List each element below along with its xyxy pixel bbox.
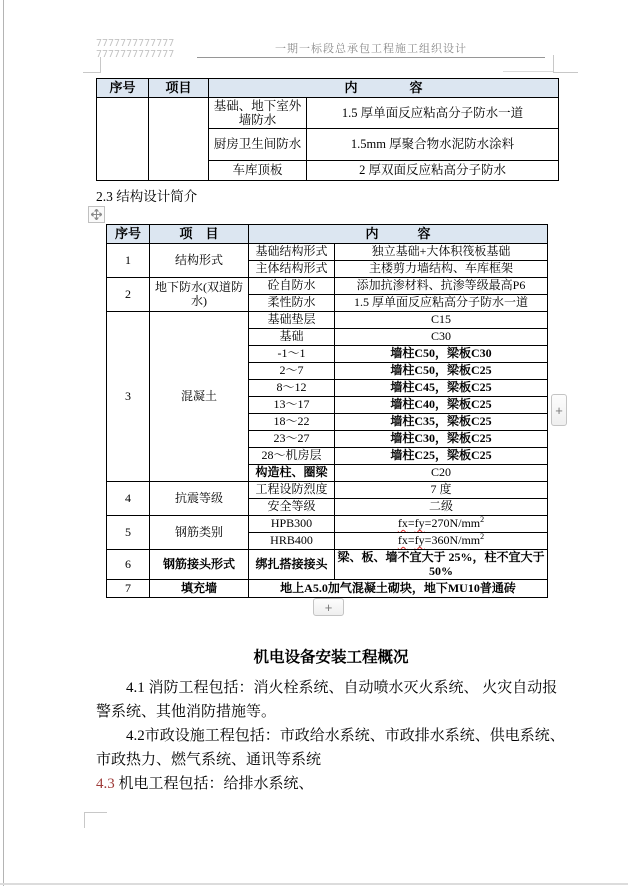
table-cell: 墙柱C30，梁板C25 — [335, 431, 548, 448]
table-move-handle[interactable] — [88, 206, 105, 223]
table-cell: 墙柱C45，梁板C25 — [335, 380, 548, 397]
table-cell: 1.5mm 厚聚合物水泥防水涂料 — [307, 129, 559, 161]
column-header-content: 内 容 — [209, 79, 559, 98]
page-bottom-edge — [0, 883, 628, 885]
page-left-edge — [3, 0, 4, 886]
table-cell: -1～1 — [249, 346, 335, 363]
misspelled-term: fx — [398, 533, 408, 547]
table-cell-category: 结构形式 — [150, 244, 249, 278]
column-header-seq: 序号 — [107, 225, 150, 244]
formula-text: =270N/mm — [425, 516, 480, 530]
table-cell: 主楼剪力墙结构、车库框架 — [335, 261, 548, 278]
misspelled-term: fx — [398, 516, 408, 530]
section-heading-2-3: 2.3 结构设计简介 — [96, 185, 197, 205]
body-paragraphs: 4.1 消防工程包括：消火栓系统、自动喷水灭火系统、 火灾自动报警系统、其他消防… — [96, 676, 566, 796]
table-cell: 基础、地下室外墙防水 — [209, 98, 307, 129]
table-cell-formula: fx=fy=360N/mm2 — [335, 533, 548, 550]
plus-icon: + — [325, 600, 333, 615]
table-cell: 18～22 — [249, 414, 335, 431]
table-cell: 墙柱C35，梁板C25 — [335, 414, 548, 431]
table-cell: 1.5 厚单面反应粘高分子防水一道 — [307, 98, 559, 129]
table-cell: 2 厚双面反应粘高分子防水 — [307, 161, 559, 181]
table-cell: C15 — [335, 312, 548, 329]
table-cell: HRB400 — [249, 533, 335, 550]
table-cell: 梁、板、墙不宜大于 25%，柱不宜大于 50% — [335, 550, 548, 580]
revision-number: 4.3 — [96, 776, 115, 792]
table-cell: 基础结构形式 — [249, 244, 335, 261]
formula-text: = — [408, 516, 415, 530]
margin-crop-mark-top-right — [553, 55, 578, 73]
table-cell: 13～17 — [249, 397, 335, 414]
table-cell-category: 地下防水(双道防水) — [150, 278, 249, 312]
structure-design-table: 序号 项 目 内 容 1 结构形式 基础结构形式 独立基础+大体积筏板基础 主体… — [106, 224, 548, 598]
table-cell: 28～机房层 — [249, 448, 335, 465]
table-cell: 墙柱C25，梁板C25 — [335, 448, 548, 465]
table-cell: 墙柱C40，梁板C25 — [335, 397, 548, 414]
column-header-seq: 序号 — [97, 79, 149, 98]
table-cell: HPB300 — [249, 516, 335, 533]
header-hash-pattern: 7777777777777 7777777777777 — [96, 38, 198, 62]
paragraph-4-2: 4.2市政设施工程包括：市政给水系统、市政排水系统、供电系统、市政热力、燃气系统… — [96, 724, 566, 772]
table-cell: 基础垫层 — [249, 312, 335, 329]
table-cell: 2～7 — [249, 363, 335, 380]
table-cell: 墙柱C50，梁板C30 — [335, 346, 548, 363]
add-row-button[interactable]: + — [313, 598, 344, 616]
table-cell-seq: 5 — [107, 516, 150, 550]
table-cell: 添加抗渗材料、抗渗等级最高P6 — [335, 278, 548, 295]
table-cell-seq: 7 — [107, 580, 150, 598]
table-cell: C30 — [335, 329, 548, 346]
column-header-content: 内 容 — [249, 225, 548, 244]
table-cell: 独立基础+大体积筏板基础 — [335, 244, 548, 261]
table-cell-category: 钢筋类别 — [150, 516, 249, 550]
table-cell-seq: 4 — [107, 482, 150, 516]
superscript: 2 — [480, 516, 484, 525]
table-cell-merged: 地上A5.0加气混凝土砌块，地下MU10普通砖 — [249, 580, 548, 598]
table-cell: 砼自防水 — [249, 278, 335, 295]
table-cell: 墙柱C50，梁板C25 — [335, 363, 548, 380]
paragraph-4-1: 4.1 消防工程包括：消火栓系统、自动喷水灭火系统、 火灾自动报警系统、其他消防… — [96, 676, 566, 724]
margin-crop-line-top-right — [503, 71, 554, 72]
table-cell-seq: 6 — [107, 550, 150, 580]
table-cell-seq: 3 — [107, 312, 150, 482]
waterproofing-table: 序号 项目 内 容 基础、地下室外墙防水 1.5 厚单面反应粘高分子防水一道 厨… — [96, 78, 559, 181]
table-cell-category: 钢筋接头形式 — [150, 550, 249, 580]
table-cell: 工程设防烈度 — [249, 482, 335, 499]
table-cell: 二级 — [335, 499, 548, 516]
table-cell: 1.5 厚单面反应粘高分子防水一道 — [335, 295, 548, 312]
section-heading-mech-electrical: 机电设备安装工程概况 — [96, 645, 566, 667]
table-cell: 绑扎搭接接头 — [249, 550, 335, 580]
plus-icon: + — [555, 403, 563, 418]
table-cell: 车库顶板 — [209, 161, 307, 181]
superscript: 2 — [480, 533, 484, 542]
table-cell: 8～12 — [249, 380, 335, 397]
table-cell-formula: fx=fy=270N/mm2 — [335, 516, 548, 533]
table-cell: C20 — [335, 465, 548, 482]
table-cell-category: 抗震等级 — [150, 482, 249, 516]
margin-crop-mark-bottom-left — [84, 812, 107, 828]
table-cell-category: 填充墙 — [150, 580, 249, 598]
table-cell-seq-empty — [97, 98, 149, 181]
table-cell: 7 度 — [335, 482, 548, 499]
paragraph-4-3: 4.3 机电工程包括：给排水系统、 — [96, 772, 566, 796]
table-cell-seq: 2 — [107, 278, 150, 312]
table-cell-seq: 1 — [107, 244, 150, 278]
table-cell: 23～27 — [249, 431, 335, 448]
table-cell: 柔性防水 — [249, 295, 335, 312]
add-column-button[interactable]: + — [551, 394, 567, 426]
table-cell: 安全等级 — [249, 499, 335, 516]
page-header-title: 一期一标段总承包工程施工组织设计 — [197, 40, 545, 58]
column-header-item: 项 目 — [150, 225, 249, 244]
misspelled-term: fy — [415, 533, 425, 547]
formula-text: =360N/mm — [425, 533, 480, 547]
table-cell: 基础 — [249, 329, 335, 346]
misspelled-term: fy — [415, 516, 425, 530]
table-cell-category: 混凝土 — [150, 312, 249, 482]
column-header-item: 项目 — [149, 79, 209, 98]
table-cell-item-empty — [149, 98, 209, 181]
paragraph-4-3-text: 机电工程包括：给排水系统、 — [115, 776, 314, 792]
formula-text: = — [408, 533, 415, 547]
table-cell: 主体结构形式 — [249, 261, 335, 278]
table-cell: 厨房卫生间防水 — [209, 129, 307, 161]
move-arrows-icon — [91, 209, 102, 220]
table-cell: 构造柱、圈梁 — [249, 465, 335, 482]
